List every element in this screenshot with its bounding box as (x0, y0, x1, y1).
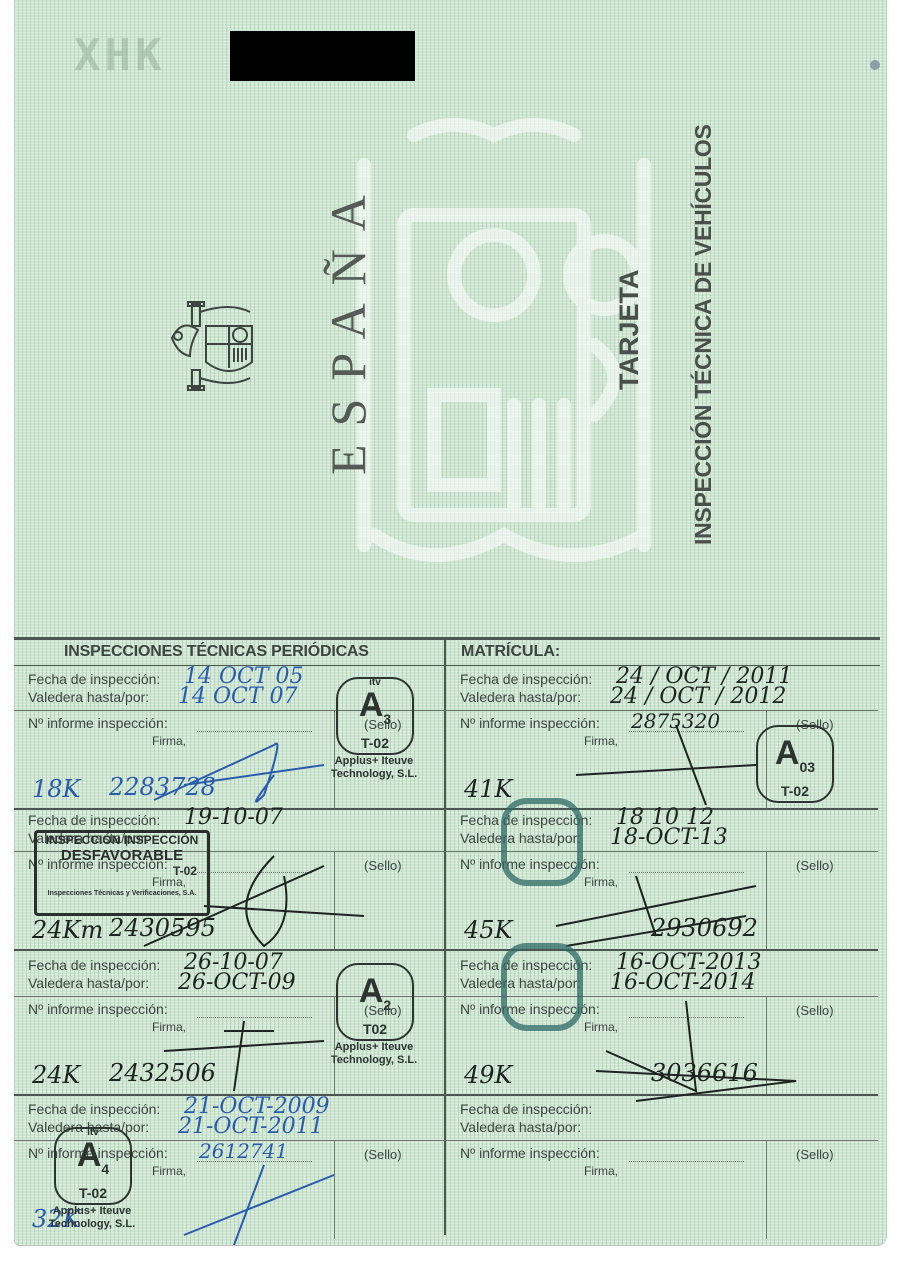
stamp-letter: A3 (338, 689, 412, 735)
fecha-label: Fecha de inspección: (28, 957, 160, 973)
ink-smudge (870, 60, 880, 70)
sello-label: (Sello) (796, 1147, 834, 1162)
inspection-block: Fecha de inspección: Valedera hasta/por:… (446, 667, 878, 809)
valedera-label: Valedera hasta/por: (28, 975, 149, 991)
sello-divider (766, 1141, 767, 1239)
km-note: 18K (32, 775, 80, 803)
fecha-label: Fecha de inspección: (460, 1101, 592, 1117)
valedera-label: Valedera hasta/por: (460, 689, 581, 705)
stamp-caption: Applus+ IteuveTechnology, S.L. (46, 1205, 138, 1231)
inspections-grid: INSPECCIONES TÉCNICAS PERIÓDICAS MATRÍCU… (14, 637, 880, 1237)
km-note: 24Km (32, 916, 103, 944)
stamp-letter: A4 (56, 1139, 130, 1185)
km-note: 45K (464, 916, 512, 944)
fecha-value: 19-10-07 (184, 805, 283, 830)
inspection-block: Fecha de inspección: Valedera hasta/por:… (446, 808, 878, 950)
coat-of-arms-watermark (344, 105, 704, 585)
km-note: 24K (32, 1061, 80, 1089)
fecha-label: Fecha de inspección: (28, 671, 160, 687)
inspection-block: Fecha de inspección: Valedera hasta/por:… (446, 953, 878, 1095)
inspection-block: Fecha de inspección: Valedera hasta/por:… (14, 808, 446, 950)
country-title: ESPAÑA (319, 177, 377, 475)
km-note: 49K (464, 1061, 512, 1089)
valedera-label: Valedera hasta/por: (28, 689, 149, 705)
stamp-station: T-02 (56, 1185, 130, 1201)
fecha-label: Fecha de inspección: (28, 1101, 160, 1117)
stamp-caption: Applus+ IteuveTechnology, S.L. (328, 1041, 420, 1067)
inspection-block: Fecha de inspección: Valedera hasta/por:… (14, 953, 446, 1095)
informe-label: Nº informe inspección: (460, 1145, 600, 1161)
fecha-label: Fecha de inspección: (460, 671, 592, 687)
teal-itv-stamp (501, 943, 583, 1031)
inspection-block: Fecha de inspección: Valedera hasta/por:… (446, 1097, 878, 1239)
grid-top-rule (14, 637, 880, 640)
inspection-block: Fecha de inspección: Valedera hasta/por:… (14, 1097, 446, 1239)
right-section-header: MATRÍCULA: (461, 643, 560, 661)
itv-stamp: itv A4 T-02 (54, 1127, 132, 1205)
redacted-number (230, 31, 415, 81)
itv-stamp: A03 T-02 (756, 725, 834, 803)
stamp-caption: Applus+ IteuveTechnology, S.L. (328, 755, 420, 781)
left-section-header: INSPECCIONES TÉCNICAS PERIÓDICAS (64, 643, 369, 661)
informe-dotted-line (629, 1160, 744, 1162)
sello-label: (Sello) (796, 1003, 834, 1018)
perforated-code: XHK (74, 30, 224, 85)
signature (124, 1135, 384, 1245)
km-note: 41K (464, 775, 512, 803)
stamp-station: T-02 (338, 735, 412, 751)
card-title: TARJETA (614, 270, 645, 391)
stamp-letter: A2 (338, 975, 412, 1021)
inspection-block: Fecha de inspección: Valedera hasta/por:… (14, 667, 446, 809)
stamp-station: T02 (338, 1021, 412, 1037)
sello-label: (Sello) (796, 858, 834, 873)
firma-label: Firma, (584, 1164, 618, 1178)
rejection-stamp: INSPECCIÓN INSPECCIÓN DESFAVORABLE T-02 … (34, 830, 210, 916)
valedera-label: Valedera hasta/por: (460, 1119, 581, 1135)
stamp-station: T-02 (758, 783, 832, 799)
stamp-letter: A03 (758, 737, 832, 783)
itv-stamp: itv A3 T-02 (336, 677, 414, 755)
row-rule (446, 1140, 878, 1141)
fecha-label: Fecha de inspección: (28, 812, 160, 828)
itv-stamp: A2 T02 (336, 963, 414, 1041)
card-subtitle: INSPECCIÓN TÉCNICA DE VEHÍCULOS (690, 124, 717, 545)
coat-of-arms-icon (164, 298, 264, 393)
teal-itv-stamp (501, 798, 583, 886)
